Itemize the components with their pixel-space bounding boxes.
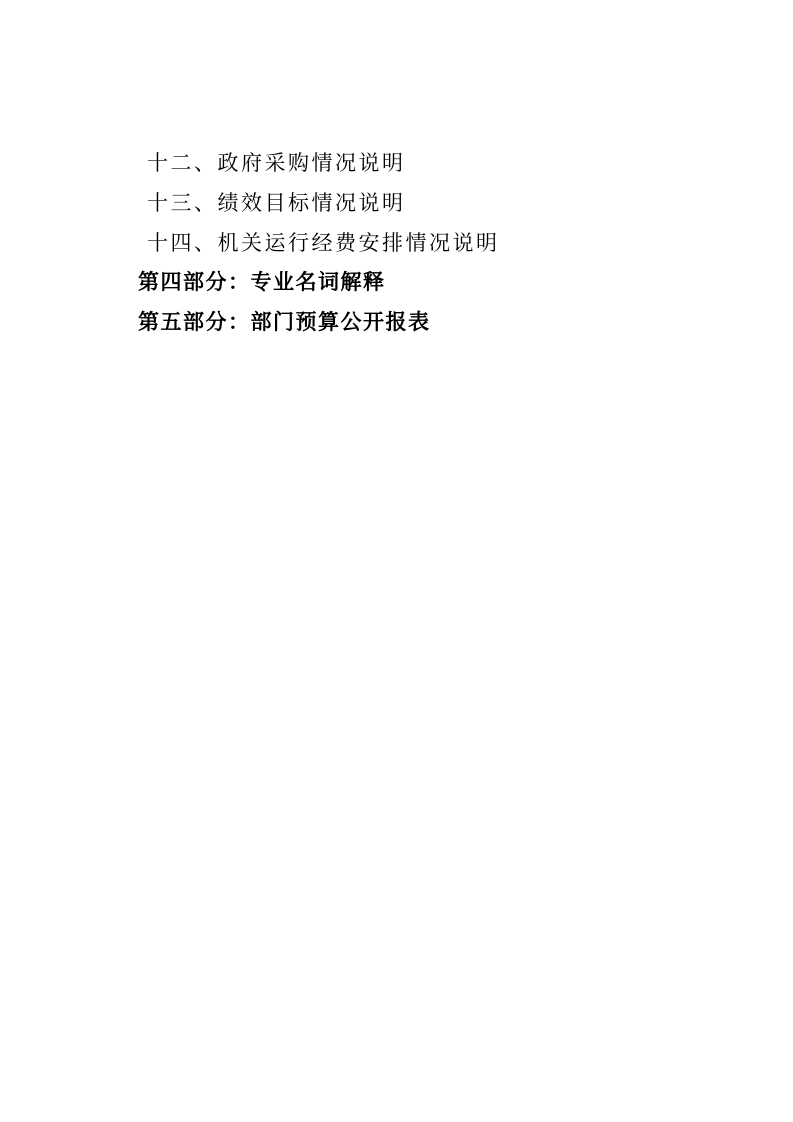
section-heading-part5: 第五部分：部门预算公开报表 <box>138 303 733 343</box>
toc-item-12: 十二、政府采购情况说明 <box>138 143 733 183</box>
toc-list: 十二、政府采购情况说明 十三、绩效目标情况说明 十四、机关运行经费安排情况说明 … <box>138 143 733 343</box>
section-heading-part4: 第四部分：专业名词解释 <box>138 263 733 303</box>
toc-item-14: 十四、机关运行经费安排情况说明 <box>138 223 733 263</box>
toc-item-13: 十三、绩效目标情况说明 <box>138 183 733 223</box>
document-page: 十二、政府采购情况说明 十三、绩效目标情况说明 十四、机关运行经费安排情况说明 … <box>0 0 793 1122</box>
